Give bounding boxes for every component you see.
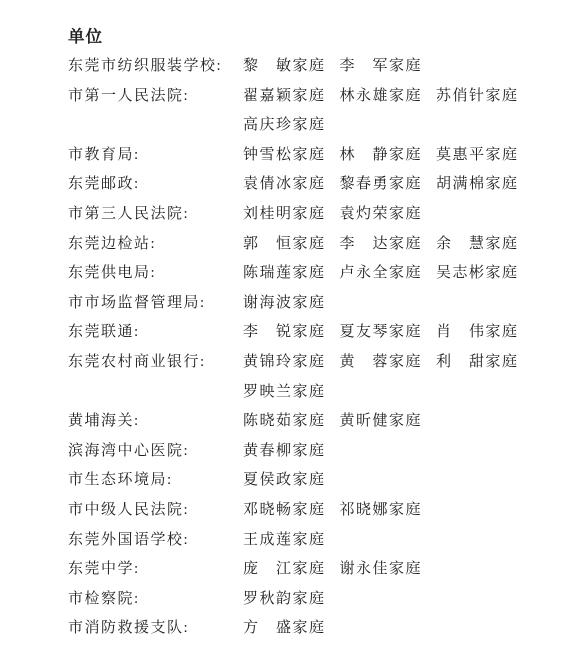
names-line: 郭 恒家庭李 达家庭余 慧家庭: [243, 230, 571, 260]
family-names: 陈瑞莲家庭卢永全家庭吴志彬家庭: [243, 259, 571, 289]
family-name: 黎 敏家庭: [243, 52, 326, 82]
family-name: 祁晓娜家庭: [340, 496, 423, 526]
unit-entry: 市市场监督管理局: 谢海波家庭: [68, 289, 571, 319]
unit-entry: 市第一人民法院: 翟嘉颖家庭林永雄家庭苏俏针家庭高庆珍家庭: [68, 82, 571, 141]
family-name: 李 达家庭: [340, 230, 423, 260]
names-line: 黄锦玲家庭黄 蓉家庭利 甜家庭: [243, 348, 571, 378]
family-name: 李 军家庭: [340, 52, 423, 82]
family-name: 胡满棉家庭: [436, 170, 519, 200]
names-line: 陈瑞莲家庭卢永全家庭吴志彬家庭: [243, 259, 571, 289]
unit-entry: 市中级人民法院: 邓晓畅家庭祁晓娜家庭: [68, 496, 571, 526]
family-name: 肖 伟家庭: [436, 318, 519, 348]
family-name: 黎春勇家庭: [340, 170, 423, 200]
unit-name: 东莞外国语学校:: [68, 526, 243, 556]
unit-name: 东莞联通:: [68, 318, 243, 348]
unit-name: 市市场监督管理局:: [68, 289, 243, 319]
names-line: 高庆珍家庭: [243, 111, 571, 141]
family-name: 夏友琴家庭: [340, 318, 423, 348]
family-name: 卢永全家庭: [340, 259, 423, 289]
family-name: 袁灼荣家庭: [340, 200, 423, 230]
family-names: 王成莲家庭: [243, 526, 571, 556]
unit-entry: 市教育局: 钟雪松家庭林 静家庭莫惠平家庭: [68, 141, 571, 171]
unit-entry: 市第三人民法院: 刘桂明家庭袁灼荣家庭: [68, 200, 571, 230]
family-name: 罗映兰家庭: [243, 378, 326, 408]
unit-entry: 东莞中学: 庞 江家庭谢永佳家庭: [68, 555, 571, 585]
family-name: 陈瑞莲家庭: [243, 259, 326, 289]
family-name: 罗秋韵家庭: [243, 585, 326, 615]
family-name: 袁倩冰家庭: [243, 170, 326, 200]
names-line: 翟嘉颖家庭林永雄家庭苏俏针家庭: [243, 82, 571, 112]
family-names: 方 盛家庭: [243, 614, 571, 644]
names-line: 罗映兰家庭: [243, 378, 571, 408]
family-name: 庞 江家庭: [243, 555, 326, 585]
family-names: 陈晓茹家庭黄昕健家庭: [243, 407, 571, 437]
unit-name: 滨海湾中心医院:: [68, 437, 243, 467]
unit-entry: 黄埔海关: 陈晓茹家庭黄昕健家庭: [68, 407, 571, 437]
unit-name: 市第一人民法院:: [68, 82, 243, 112]
unit-entry: 东莞邮政: 袁倩冰家庭黎春勇家庭胡满棉家庭: [68, 170, 571, 200]
family-name: 利 甜家庭: [436, 348, 519, 378]
unit-entry: 东莞外国语学校: 王成莲家庭: [68, 526, 571, 556]
family-name: 余 慧家庭: [436, 230, 519, 260]
unit-name: 市中级人民法院:: [68, 496, 243, 526]
family-name: 黄锦玲家庭: [243, 348, 326, 378]
family-names: 袁倩冰家庭黎春勇家庭胡满棉家庭: [243, 170, 571, 200]
names-line: 王成莲家庭: [243, 526, 571, 556]
names-line: 陈晓茹家庭黄昕健家庭: [243, 407, 571, 437]
unit-name: 市消防救援支队:: [68, 614, 243, 644]
names-line: 黎 敏家庭李 军家庭: [243, 52, 571, 82]
family-names: 黎 敏家庭李 军家庭: [243, 52, 571, 82]
family-name: 刘桂明家庭: [243, 200, 326, 230]
unit-entry: 东莞联通: 李 锐家庭夏友琴家庭肖 伟家庭: [68, 318, 571, 348]
family-name: 李 锐家庭: [243, 318, 326, 348]
unit-entry: 东莞市纺织服装学校: 黎 敏家庭李 军家庭: [68, 52, 571, 82]
document-page: 单位 东莞市纺织服装学校: 黎 敏家庭李 军家庭 市第一人民法院: 翟嘉颖家庭林…: [0, 0, 579, 644]
family-name: 苏俏针家庭: [436, 82, 519, 112]
unit-entry: 市检察院: 罗秋韵家庭: [68, 585, 571, 615]
names-line: 罗秋韵家庭: [243, 585, 571, 615]
page-title: 单位: [68, 22, 571, 52]
family-name: 王成莲家庭: [243, 526, 326, 556]
family-name: 谢永佳家庭: [340, 555, 423, 585]
unit-name: 东莞邮政:: [68, 170, 243, 200]
family-names: 邓晓畅家庭祁晓娜家庭: [243, 496, 571, 526]
names-line: 黄春柳家庭: [243, 437, 571, 467]
family-name: 邓晓畅家庭: [243, 496, 326, 526]
family-names: 钟雪松家庭林 静家庭莫惠平家庭: [243, 141, 571, 171]
unit-name: 东莞农村商业银行:: [68, 348, 243, 378]
family-name: 黄春柳家庭: [243, 437, 326, 467]
unit-list: 东莞市纺织服装学校: 黎 敏家庭李 军家庭 市第一人民法院: 翟嘉颖家庭林永雄家…: [68, 52, 571, 644]
names-line: 邓晓畅家庭祁晓娜家庭: [243, 496, 571, 526]
family-names: 黄锦玲家庭黄 蓉家庭利 甜家庭罗映兰家庭: [243, 348, 571, 407]
unit-name: 东莞中学:: [68, 555, 243, 585]
family-names: 罗秋韵家庭: [243, 585, 571, 615]
family-name: 吴志彬家庭: [436, 259, 519, 289]
family-name: 谢海波家庭: [243, 289, 326, 319]
family-name: 高庆珍家庭: [243, 111, 326, 141]
names-line: 谢海波家庭: [243, 289, 571, 319]
names-line: 夏侯政家庭: [243, 466, 571, 496]
unit-name: 市生态环境局:: [68, 466, 243, 496]
unit-name: 黄埔海关:: [68, 407, 243, 437]
names-line: 李 锐家庭夏友琴家庭肖 伟家庭: [243, 318, 571, 348]
unit-entry: 东莞边检站: 郭 恒家庭李 达家庭余 慧家庭: [68, 230, 571, 260]
family-names: 谢海波家庭: [243, 289, 571, 319]
unit-entry: 市生态环境局: 夏侯政家庭: [68, 466, 571, 496]
unit-entry: 滨海湾中心医院: 黄春柳家庭: [68, 437, 571, 467]
family-name: 翟嘉颖家庭: [243, 82, 326, 112]
unit-entry: 东莞农村商业银行: 黄锦玲家庭黄 蓉家庭利 甜家庭罗映兰家庭: [68, 348, 571, 407]
unit-name: 市第三人民法院:: [68, 200, 243, 230]
names-line: 袁倩冰家庭黎春勇家庭胡满棉家庭: [243, 170, 571, 200]
family-name: 陈晓茹家庭: [243, 407, 326, 437]
family-name: 方 盛家庭: [243, 614, 326, 644]
unit-entry: 市消防救援支队: 方 盛家庭: [68, 614, 571, 644]
family-name: 林 静家庭: [340, 141, 423, 171]
unit-name: 东莞市纺织服装学校:: [68, 52, 243, 82]
family-names: 李 锐家庭夏友琴家庭肖 伟家庭: [243, 318, 571, 348]
unit-name: 东莞供电局:: [68, 259, 243, 289]
family-names: 夏侯政家庭: [243, 466, 571, 496]
names-line: 刘桂明家庭袁灼荣家庭: [243, 200, 571, 230]
family-names: 刘桂明家庭袁灼荣家庭: [243, 200, 571, 230]
family-names: 黄春柳家庭: [243, 437, 571, 467]
family-name: 郭 恒家庭: [243, 230, 326, 260]
family-names: 翟嘉颖家庭林永雄家庭苏俏针家庭高庆珍家庭: [243, 82, 571, 141]
unit-name: 市教育局:: [68, 141, 243, 171]
names-line: 方 盛家庭: [243, 614, 571, 644]
family-name: 黄 蓉家庭: [340, 348, 423, 378]
names-line: 庞 江家庭谢永佳家庭: [243, 555, 571, 585]
family-name: 黄昕健家庭: [340, 407, 423, 437]
unit-name: 东莞边检站:: [68, 230, 243, 260]
family-name: 林永雄家庭: [340, 82, 423, 112]
family-names: 郭 恒家庭李 达家庭余 慧家庭: [243, 230, 571, 260]
names-line: 钟雪松家庭林 静家庭莫惠平家庭: [243, 141, 571, 171]
family-names: 庞 江家庭谢永佳家庭: [243, 555, 571, 585]
unit-name: 市检察院:: [68, 585, 243, 615]
unit-entry: 东莞供电局: 陈瑞莲家庭卢永全家庭吴志彬家庭: [68, 259, 571, 289]
family-name: 钟雪松家庭: [243, 141, 326, 171]
family-name: 莫惠平家庭: [436, 141, 519, 171]
family-name: 夏侯政家庭: [243, 466, 326, 496]
